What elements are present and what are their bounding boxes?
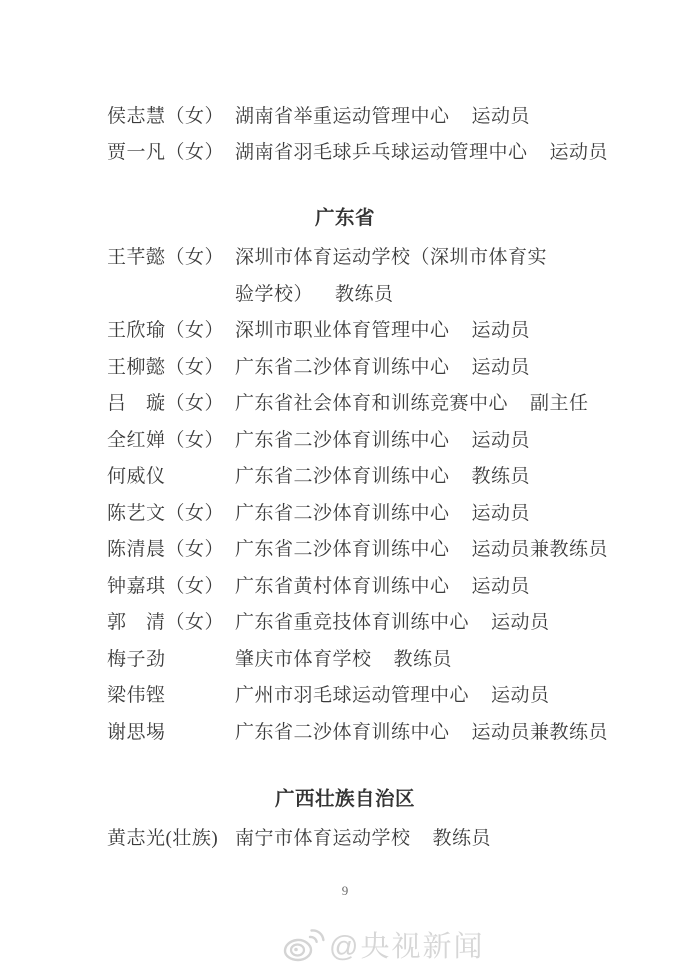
person-name: 谢思埸	[107, 717, 235, 744]
person-name: 全红婵（女）	[107, 425, 235, 452]
role: 教练员	[472, 461, 531, 488]
role: 教练员	[394, 644, 453, 671]
organization: 湖南省举重运动管理中心	[235, 101, 450, 128]
person-name: 梅子劲	[107, 644, 235, 671]
role: 教练员	[335, 279, 394, 306]
table-row: 陈艺文（女） 广东省二沙体育训练中心 运动员	[0, 493, 690, 530]
role: 运动员兼教练员	[472, 717, 609, 744]
organization: 广东省黄村体育训练中心	[235, 571, 450, 598]
organization: 广东省社会体育和训练竞赛中心	[235, 388, 508, 415]
role: 教练员	[433, 823, 492, 850]
section-header-guangdong: 广东省	[0, 201, 690, 238]
organization: 广东省重竞技体育训练中心	[235, 607, 469, 634]
table-row: 王柳懿（女） 广东省二沙体育训练中心 运动员	[0, 347, 690, 384]
role: 运动员	[491, 680, 550, 707]
role: 运动员	[472, 425, 531, 452]
role: 运动员	[472, 352, 531, 379]
person-name: 梁伟铿	[107, 680, 235, 707]
table-row: 梁伟铿 广州市羽毛球运动管理中心 运动员	[0, 676, 690, 713]
person-name: 侯志慧（女）	[107, 101, 235, 128]
organization: 广东省二沙体育训练中心	[235, 461, 450, 488]
organization: 广东省二沙体育训练中心	[235, 425, 450, 452]
organization: 广州市羽毛球运动管理中心	[235, 680, 469, 707]
table-row: 黄志光(壮族) 南宁市体育运动学校 教练员	[0, 818, 690, 855]
organization: 肇庆市体育学校	[235, 644, 372, 671]
person-name: 王欣瑜（女）	[107, 315, 235, 342]
role: 运动员	[491, 607, 550, 634]
table-row: 郭 清（女） 广东省重竞技体育训练中心 运动员	[0, 603, 690, 640]
organization: 广东省二沙体育训练中心	[235, 534, 450, 561]
table-row: 钟嘉琪（女） 广东省黄村体育训练中心 运动员	[0, 566, 690, 603]
role: 运动员	[550, 137, 609, 164]
watermark-text: @央视新闻	[329, 924, 484, 965]
organization: 广东省二沙体育训练中心	[235, 717, 450, 744]
section-header-guangxi: 广西壮族自治区	[0, 782, 690, 819]
organization: 广东省二沙体育训练中心	[235, 498, 450, 525]
document-page: 侯志慧（女） 湖南省举重运动管理中心 运动员 贾一凡（女） 湖南省羽毛球乒乓球运…	[0, 0, 690, 969]
organization: 南宁市体育运动学校	[235, 823, 411, 850]
weibo-icon	[283, 928, 325, 962]
table-row: 王欣瑜（女） 深圳市职业体育管理中心 运动员	[0, 311, 690, 348]
table-row: 侯志慧（女） 湖南省举重运动管理中心 运动员	[0, 96, 690, 133]
role: 运动员	[472, 571, 531, 598]
role: 运动员兼教练员	[472, 534, 609, 561]
watermark: @央视新闻	[283, 924, 484, 965]
person-name: 贾一凡（女）	[107, 137, 235, 164]
table-row-continuation: 验学校） 教练员	[0, 274, 690, 311]
person-name: 钟嘉琪（女）	[107, 571, 235, 598]
person-name: 陈艺文（女）	[107, 498, 235, 525]
table-row: 谢思埸 广东省二沙体育训练中心 运动员兼教练员	[0, 712, 690, 749]
table-row: 陈清晨（女） 广东省二沙体育训练中心 运动员兼教练员	[0, 530, 690, 567]
table-row: 贾一凡（女） 湖南省羽毛球乒乓球运动管理中心 运动员	[0, 133, 690, 170]
table-row: 梅子劲 肇庆市体育学校 教练员	[0, 639, 690, 676]
person-name: 郭 清（女）	[107, 607, 235, 634]
role: 运动员	[472, 315, 531, 342]
page-number: 9	[0, 883, 690, 899]
organization: 深圳市职业体育管理中心	[235, 315, 450, 342]
person-name: 何威仪	[107, 461, 235, 488]
role: 运动员	[472, 498, 531, 525]
table-row: 吕 璇（女） 广东省社会体育和训练竞赛中心 副主任	[0, 384, 690, 421]
organization: 验学校）	[235, 279, 313, 306]
person-name: 吕 璇（女）	[107, 388, 235, 415]
table-row: 何威仪 广东省二沙体育训练中心 教练员	[0, 457, 690, 494]
role: 副主任	[530, 388, 589, 415]
role: 运动员	[472, 101, 531, 128]
person-name: 王芊懿（女）	[107, 242, 235, 269]
organization: 湖南省羽毛球乒乓球运动管理中心	[235, 137, 528, 164]
organization: 深圳市体育运动学校（深圳市体育实	[235, 242, 547, 269]
person-name: 黄志光(壮族)	[107, 823, 235, 850]
table-row: 全红婵（女） 广东省二沙体育训练中心 运动员	[0, 420, 690, 457]
person-name: 陈清晨（女）	[107, 534, 235, 561]
table-row: 王芊懿（女） 深圳市体育运动学校（深圳市体育实	[0, 238, 690, 275]
person-name: 王柳懿（女）	[107, 352, 235, 379]
organization: 广东省二沙体育训练中心	[235, 352, 450, 379]
